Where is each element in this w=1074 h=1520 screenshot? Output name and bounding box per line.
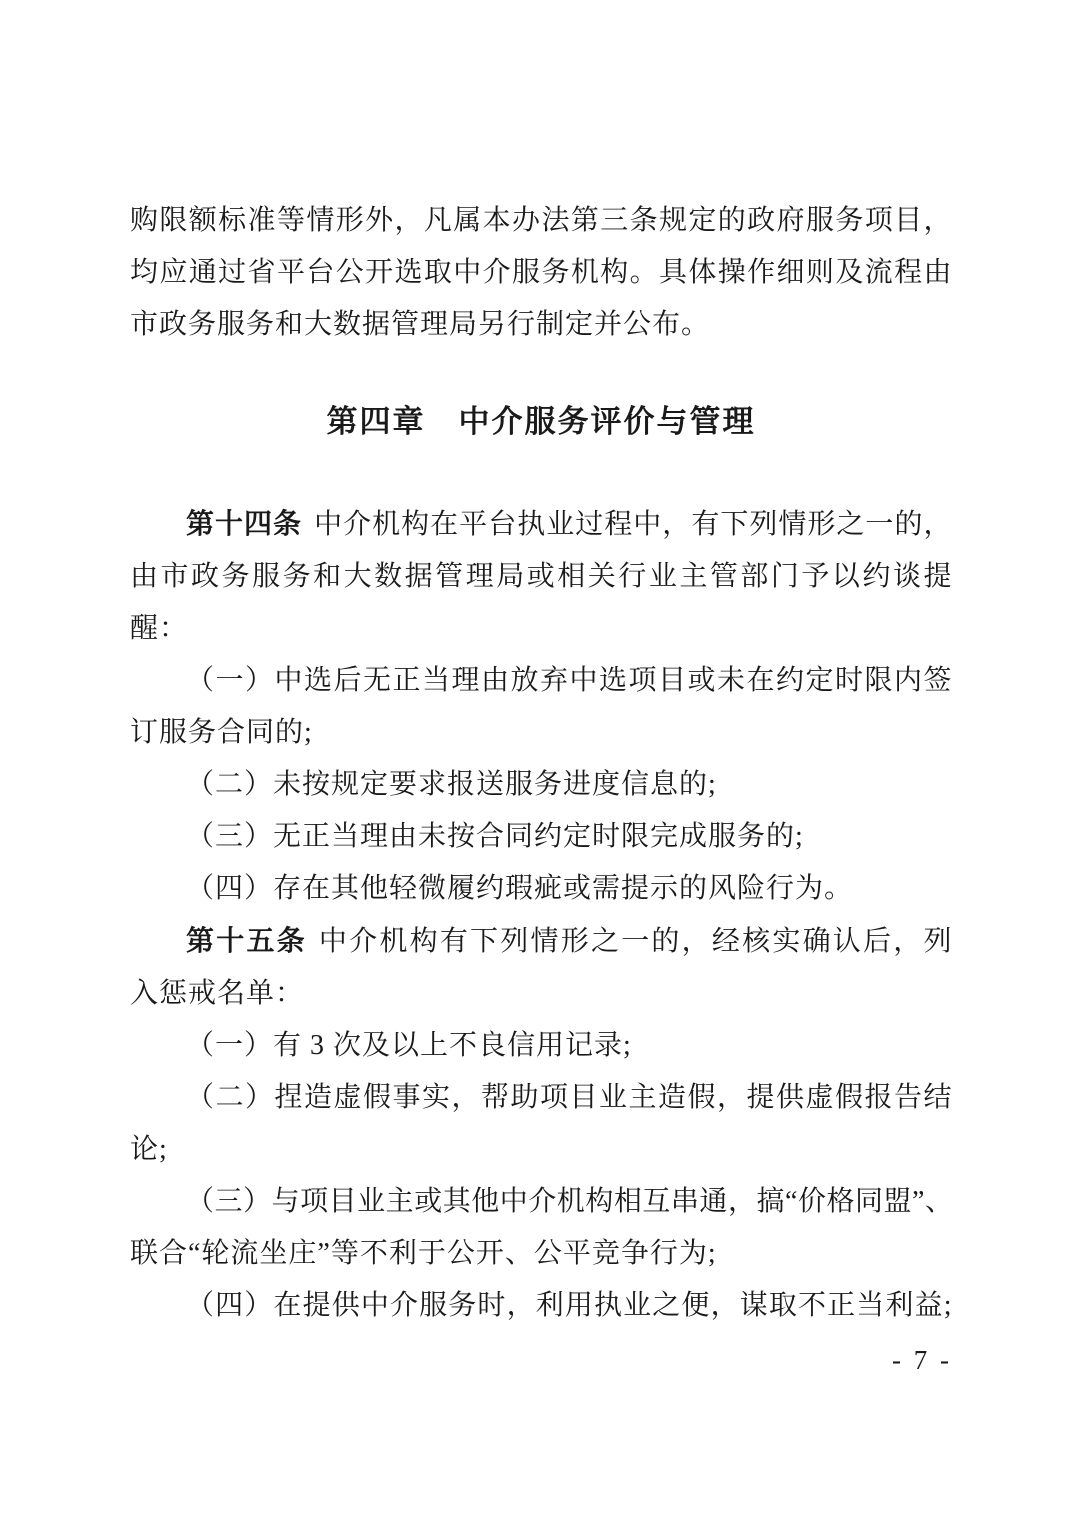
article-15-item-2: （二）捏造虚假事实，帮助项目业主造假，提供虚假报告结 论;	[130, 1072, 952, 1176]
paragraph-line: 市政务服务和大数据管理局另行制定并公布。	[130, 299, 952, 351]
list-item-line: （四）存在其他轻微履约瑕疵或需提示的风险行为。	[130, 863, 952, 915]
article-14-intro-text: 中介机构在平台执业过程中，有下列情形之一的，	[314, 509, 952, 540]
list-item-line: 论;	[130, 1124, 952, 1176]
paragraph-line: 均应通过省平台公开选取中介服务机构。具体操作细则及流程由	[130, 247, 952, 299]
page-number: - 7 -	[892, 1342, 952, 1378]
article-14-intro-line: 由市政务服务和大数据管理局或相关行业主管部门予以约谈提	[130, 551, 952, 603]
article-14-item-4: （四）存在其他轻微履约瑕疵或需提示的风险行为。	[130, 863, 952, 915]
article-14-intro-line: 醒：	[130, 603, 952, 655]
article-14-item-1: （一）中选后无正当理由放弃中选项目或未在约定时限内签 订服务合同的;	[130, 655, 952, 759]
list-item-line: （二）未按规定要求报送服务进度信息的;	[130, 759, 952, 811]
article-15-label: 第十五条	[186, 925, 307, 956]
list-item-line: 联合“轮流坐庄”等不利于公开、公平竞争行为;	[130, 1228, 952, 1280]
list-item-line: （三）无正当理由未按合同约定时限完成服务的;	[130, 811, 952, 863]
paragraph-line: 购限额标准等情形外，凡属本办法第三条规定的政府服务项目，	[130, 195, 952, 247]
list-item-line: （四）在提供中介服务时，利用执业之便，谋取不正当利益;	[130, 1280, 952, 1332]
list-item-line: （二）捏造虚假事实，帮助项目业主造假，提供虚假报告结	[130, 1072, 952, 1124]
list-item-line: （一）中选后无正当理由放弃中选项目或未在约定时限内签	[130, 655, 952, 707]
chapter-heading: 第四章 中介服务评价与管理	[130, 396, 952, 448]
document-page: 购限额标准等情形外，凡属本办法第三条规定的政府服务项目， 均应通过省平台公开选取…	[0, 0, 1074, 1520]
article-15: 第十五条中介机构有下列情形之一的，经核实确认后，列 入惩戒名单：	[130, 915, 952, 1020]
list-item-line: 订服务合同的;	[130, 707, 952, 759]
article-15-intro-line: 第十五条中介机构有下列情形之一的，经核实确认后，列	[130, 915, 952, 968]
list-item-line: （三）与项目业主或其他中介机构相互串通，搞“价格同盟”、	[130, 1176, 952, 1228]
article-15-intro-text: 中介机构有下列情形之一的，经核实确认后，列	[319, 926, 952, 957]
page-content: 购限额标准等情形外，凡属本办法第三条规定的政府服务项目， 均应通过省平台公开选取…	[130, 195, 952, 1332]
continuation-paragraph: 购限额标准等情形外，凡属本办法第三条规定的政府服务项目， 均应通过省平台公开选取…	[130, 195, 952, 351]
article-14-intro-line: 第十四条中介机构在平台执业过程中，有下列情形之一的，	[130, 498, 952, 551]
article-15-item-3: （三）与项目业主或其他中介机构相互串通，搞“价格同盟”、 联合“轮流坐庄”等不利…	[130, 1176, 952, 1280]
article-14-item-2: （二）未按规定要求报送服务进度信息的;	[130, 759, 952, 811]
article-14-item-3: （三）无正当理由未按合同约定时限完成服务的;	[130, 811, 952, 863]
article-15-intro-line: 入惩戒名单：	[130, 968, 952, 1020]
article-15-item-1: （一）有 3 次及以上不良信用记录;	[130, 1020, 952, 1072]
article-15-item-4: （四）在提供中介服务时，利用执业之便，谋取不正当利益;	[130, 1280, 952, 1332]
article-14: 第十四条中介机构在平台执业过程中，有下列情形之一的， 由市政务服务和大数据管理局…	[130, 498, 952, 655]
list-item-line: （一）有 3 次及以上不良信用记录;	[130, 1020, 952, 1072]
article-14-label: 第十四条	[186, 508, 302, 539]
